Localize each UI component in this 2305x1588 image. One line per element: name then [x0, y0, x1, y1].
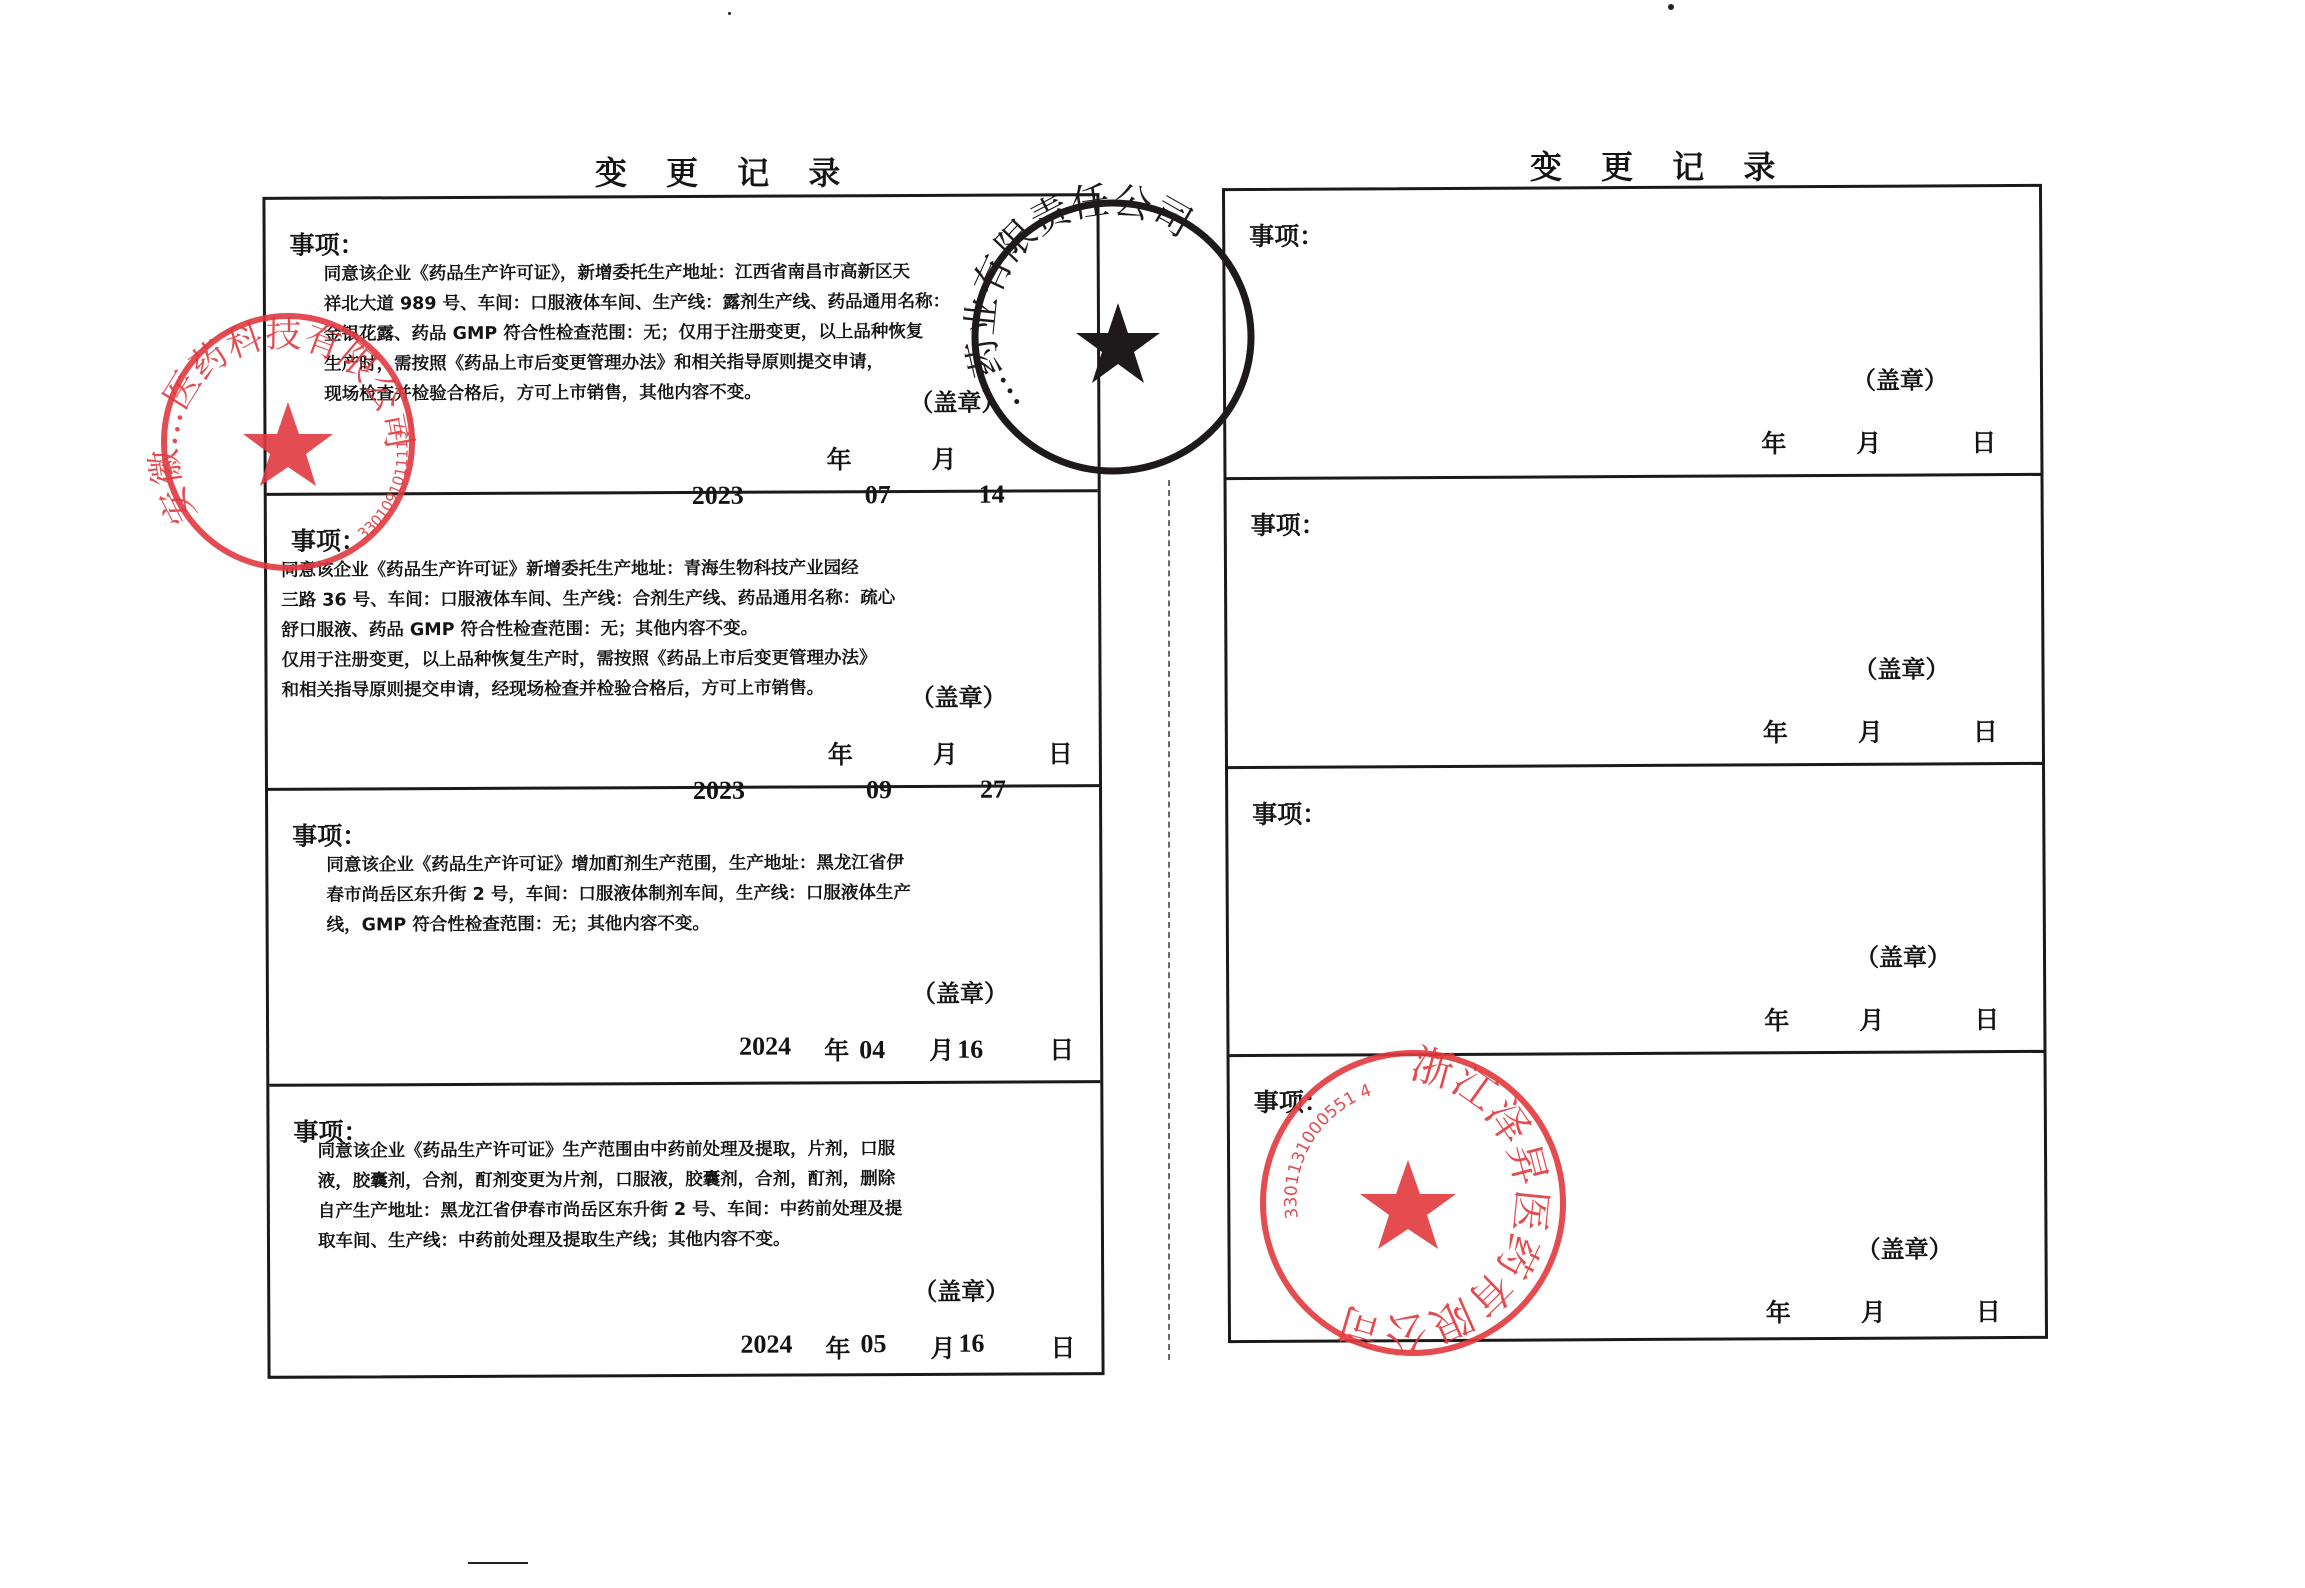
item-label: 事项：: [1252, 794, 1327, 830]
change-record-3: 事项： 同意该企业《药品生产许可证》增加酊剂生产范围，生产地址：黑龙江省伊 春市…: [268, 787, 1100, 1086]
star-icon: [1360, 1160, 1456, 1249]
seal-label: （盖章）: [911, 678, 1007, 713]
scan-speck: [1668, 4, 1674, 10]
seal-label: （盖章）: [1852, 360, 1948, 396]
month-label: 月: [930, 1329, 955, 1365]
change-record-empty-3: 事项： （盖章） 年 月 日: [1228, 764, 2044, 1057]
seal-code: 3301131000551 4: [1281, 1081, 1374, 1220]
year-value: 2024: [739, 1031, 791, 1061]
item-text: 同意该企业《药品生产许可证》增加酊剂生产范围，生产地址：黑龙江省伊 春市尚岳区东…: [326, 847, 1039, 940]
year-label: 年: [825, 1329, 850, 1365]
right-page-title: 变 更 记 录: [1530, 142, 1789, 188]
date-row: 年 月 日: [1229, 1000, 2043, 1038]
red-company-seal-right: 浙江泽昇医药有限公司 3301131000551 4: [1258, 1048, 1568, 1358]
scan-speck: [728, 12, 731, 15]
black-company-seal: …药业有限责任公司: [968, 195, 1258, 480]
seal-label: （盖章）: [1855, 938, 1951, 974]
day-label: 日: [1050, 1328, 1075, 1364]
seal-label: （盖章）: [1856, 1229, 1952, 1265]
seal-label: （盖章）: [913, 1272, 1009, 1307]
month-label: 月: [1859, 1001, 1884, 1037]
left-page-title: 变 更 记 录: [595, 148, 854, 194]
scan-speck: [468, 1562, 528, 1564]
date-row: 年 月 日: [1226, 423, 2040, 461]
day-label: 日: [1048, 734, 1073, 770]
year-value: 2024: [740, 1330, 792, 1360]
day-label: 日: [1049, 1030, 1074, 1066]
change-record-empty-2: 事项： （盖章） 年 月 日: [1227, 476, 2043, 769]
month-label: 月: [1856, 423, 1881, 459]
day-label: 日: [1971, 423, 1996, 459]
year-label: 年: [826, 440, 851, 476]
star-icon: [243, 402, 333, 486]
month-label: 月: [1861, 1293, 1886, 1329]
day-label: 日: [1976, 1292, 2001, 1328]
month-label: 月: [933, 735, 958, 771]
year-label: 年: [1764, 1001, 1789, 1037]
year-label: 年: [1766, 1293, 1791, 1329]
item-label: 事项：: [292, 816, 367, 852]
item-label: 事项：: [1249, 217, 1324, 253]
item-label: 事项：: [290, 225, 365, 261]
day-value: 16: [957, 1034, 983, 1064]
month-label: 月: [1858, 712, 1883, 748]
change-record-4: 事项： 同意该企业《药品生产许可证》生产范围由中药前处理及提取，片剂，口服 液，…: [269, 1083, 1101, 1382]
year-label: 年: [828, 735, 853, 771]
day-value: 16: [958, 1329, 984, 1359]
svg-text:…药业有限责任公司: …药业有限责任公司: [958, 177, 1200, 424]
page-fold-line: [1168, 480, 1170, 1360]
star-icon: [1076, 303, 1160, 383]
date-row: 2024 年 04 月 16 日: [269, 1030, 1100, 1068]
day-label: 日: [1974, 1000, 1999, 1036]
seal-text: …药业有限责任公司: [958, 177, 1200, 424]
year-label: 年: [1761, 424, 1786, 460]
year-label: 年: [824, 1031, 849, 1067]
item-text: 同意该企业《药品生产许可证》生产范围由中药前处理及提取，片剂，口服 液，胶囊剂，…: [318, 1133, 1042, 1256]
month-label: 月: [929, 1030, 954, 1066]
seal-label: （盖章）: [912, 973, 1008, 1008]
item-label: 事项：: [1251, 505, 1326, 541]
day-label: 日: [1973, 712, 1998, 748]
year-label: 年: [1763, 713, 1788, 749]
month-label: 月: [931, 439, 956, 475]
seal-label: （盖章）: [1853, 649, 1949, 685]
change-record-empty-1: 事项： （盖章） 年 月 日: [1225, 187, 2041, 480]
date-row: 2024 年 05 月 16 日: [270, 1328, 1101, 1366]
month-value: 05: [860, 1329, 886, 1359]
date-row: 年 月 日 2023 09 27: [268, 734, 1099, 772]
svg-text:3301131000551 4: 3301131000551 4: [1281, 1081, 1374, 1220]
month-value: 04: [859, 1035, 885, 1065]
red-company-seal-left: 安徽…医药科技有限公司 3301091011113790: [158, 310, 418, 575]
date-row: 年 月 日: [1228, 711, 2042, 749]
